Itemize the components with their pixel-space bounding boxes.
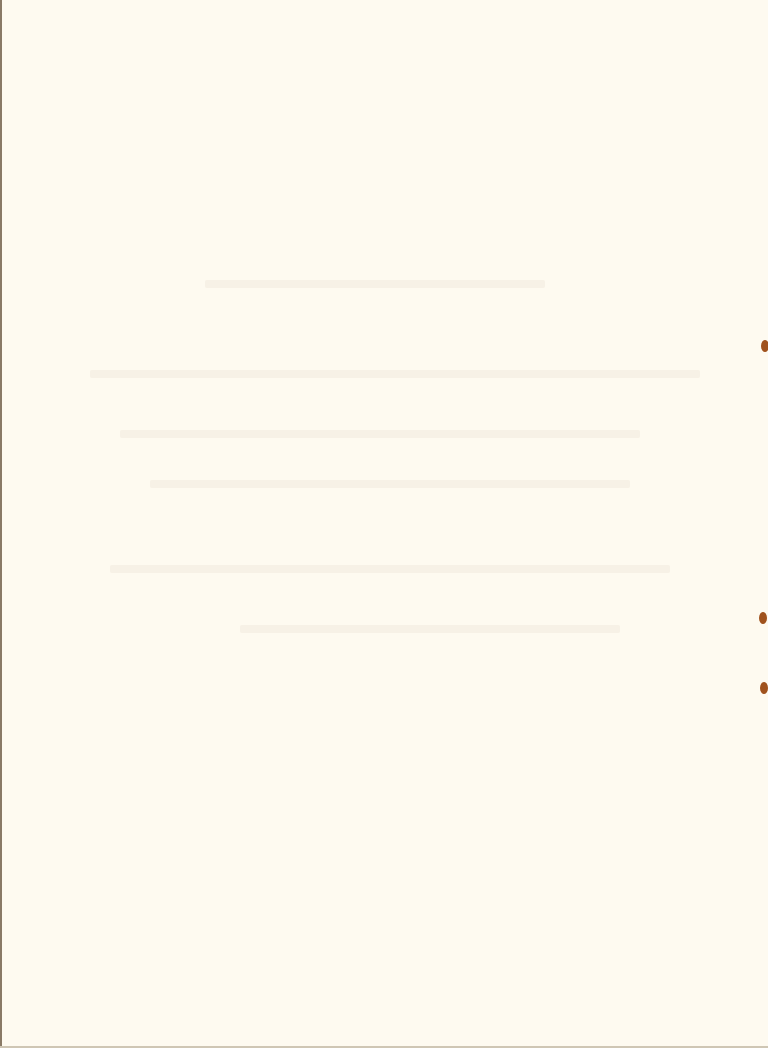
bleed-through-line — [90, 370, 700, 378]
bleed-through-line — [205, 280, 545, 288]
bleed-through-line — [110, 565, 670, 573]
rust-spot — [760, 682, 768, 694]
rust-spot — [759, 612, 767, 624]
bleed-through-line — [120, 430, 640, 438]
blank-page — [0, 0, 768, 1048]
page-edge-left — [0, 0, 2, 1048]
bleed-through-line — [240, 625, 620, 633]
bleed-through-line — [150, 480, 630, 488]
rust-spot — [761, 340, 768, 352]
